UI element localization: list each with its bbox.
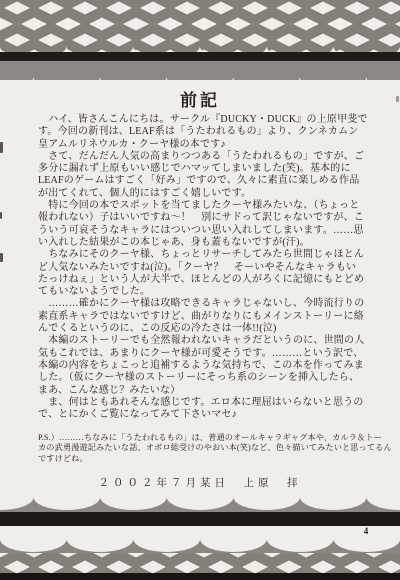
body-line: す。今回の新刊は、LEAF系は「うたわれるもの」より、クンネカムン [38, 126, 368, 138]
lattice-band [0, 553, 400, 574]
body-line: 皇アムルリネウルカ・クーヤ様の本です♪ [38, 139, 368, 151]
page-number: 4 [356, 526, 376, 536]
body-line: ………確かにクーヤ様は攻略できるキャラじゃないし、今時流行りの [38, 298, 368, 310]
scallop-band [0, 497, 400, 513]
black-band [0, 512, 400, 526]
body-line: で、とにかくご覧になってみて下さいマセ♪ [38, 409, 368, 421]
date-signature: ２００２年７月某日 上原 拝 [0, 475, 400, 490]
top-border-ornament [0, 0, 400, 80]
body-line: い入れした結果がこの本じゃあ、身も蓋もないですが(汗)。 [38, 237, 368, 249]
bottom-border-ornament [0, 495, 400, 580]
preface-body: ハイ、皆さんこんにちは。サークル『DUCKY・DUCK』の上原甲斐で す。今回の… [38, 114, 368, 421]
body-line: 報われない）子はいいですね～！ 別にサドって訳じゃないですが、こ [38, 212, 368, 224]
body-line: した。（仮にクーヤ様のストーリーにそっち系のシーンを挿入したら、 [38, 372, 368, 384]
body-line: たっけねぇ」という人が大半で、ほとんどの人がろくに記憶にもとどめ [38, 274, 368, 286]
body-line: さて、だんだん人気の高まりつつある「うたわれるもの」ですが、ご [38, 151, 368, 163]
body-line: 本編のストーリーでも全然報われないキャラだというのに、世間の人 [38, 335, 368, 347]
scan-artifact [0, 253, 3, 262]
page-title: 前記 [0, 86, 400, 111]
scan-artifact [0, 142, 3, 153]
scallop-band [0, 61, 400, 80]
body-line: ちなみにそのクーヤ様、ちょっとリサーチしてみたら世間じゃほとん [38, 249, 368, 261]
body-line: んでくるというのに、この反応の冷たさは一体!!(泣) [38, 323, 368, 335]
black-band [0, 52, 400, 61]
ps-line: カの武勇漫遊記みたいな話、オボロ総受けのやおい本(笑)など、色々描いてみたいと思… [38, 443, 372, 453]
ps-line: P.S.）………ちなみに「うたわれるもの」は、普通のオールキャラギャグ本や、カル… [38, 433, 372, 443]
body-line: 気もこれでは、あまりにクーヤ様が可愛そうです。………という訳で、 [38, 348, 368, 360]
body-line: 多分に漏れず上原もいい感じでハマッてしまいました(笑)。基本的に [38, 163, 368, 175]
bottom-edge-strip [0, 573, 400, 580]
body-line: LEAFのゲームはすごく「好み」ですので、久々に素直に楽しめる作品 [38, 175, 368, 187]
body-line: 本編の内容をちょこっと追補するような気持ちで、この本を作ってみま [38, 360, 368, 372]
body-line: ういう可哀そうなキャラにはついつい思い入れしてしまいます。……思 [38, 225, 368, 237]
body-line: ま、何はともあれそんな感じです。エロ本に理屈はいらないと思うの [38, 397, 368, 409]
scallop-fringe [0, 539, 400, 555]
scan-artifact [0, 212, 2, 219]
body-line: てもいないようでした。 [38, 286, 368, 298]
scanned-doujinshi-preface-page: 前記 ハイ、皆さんこんにちは。サークル『DUCKY・DUCK』の上原甲斐で す。… [0, 0, 400, 580]
body-line: ど人気ないみたいですね(泣)。「クーヤ？ そーいやそんなキャラもい [38, 262, 368, 274]
body-line: ハイ、皆さんこんにちは。サークル『DUCKY・DUCK』の上原甲斐で [38, 114, 368, 126]
body-line: が出てくれて、個人的にはすごく嬉しいです。 [38, 188, 368, 200]
lattice-band [0, 0, 400, 29]
postscript: P.S.）………ちなみに「うたわれるもの」は、普通のオールキャラギャグ本や、カル… [38, 433, 372, 464]
body-line: 素直系キャラではないですけど、曲がりなりにもメインストーリーに絡 [38, 311, 368, 323]
body-line: まあ、こんな感じ？みたいな） [38, 385, 368, 397]
scan-artifact [396, 96, 399, 102]
body-line: 特に今回の本でスポットを当てましたクーヤ様みたいな、（ちょっと [38, 200, 368, 212]
ps-line: ですけどね。 [38, 454, 372, 464]
